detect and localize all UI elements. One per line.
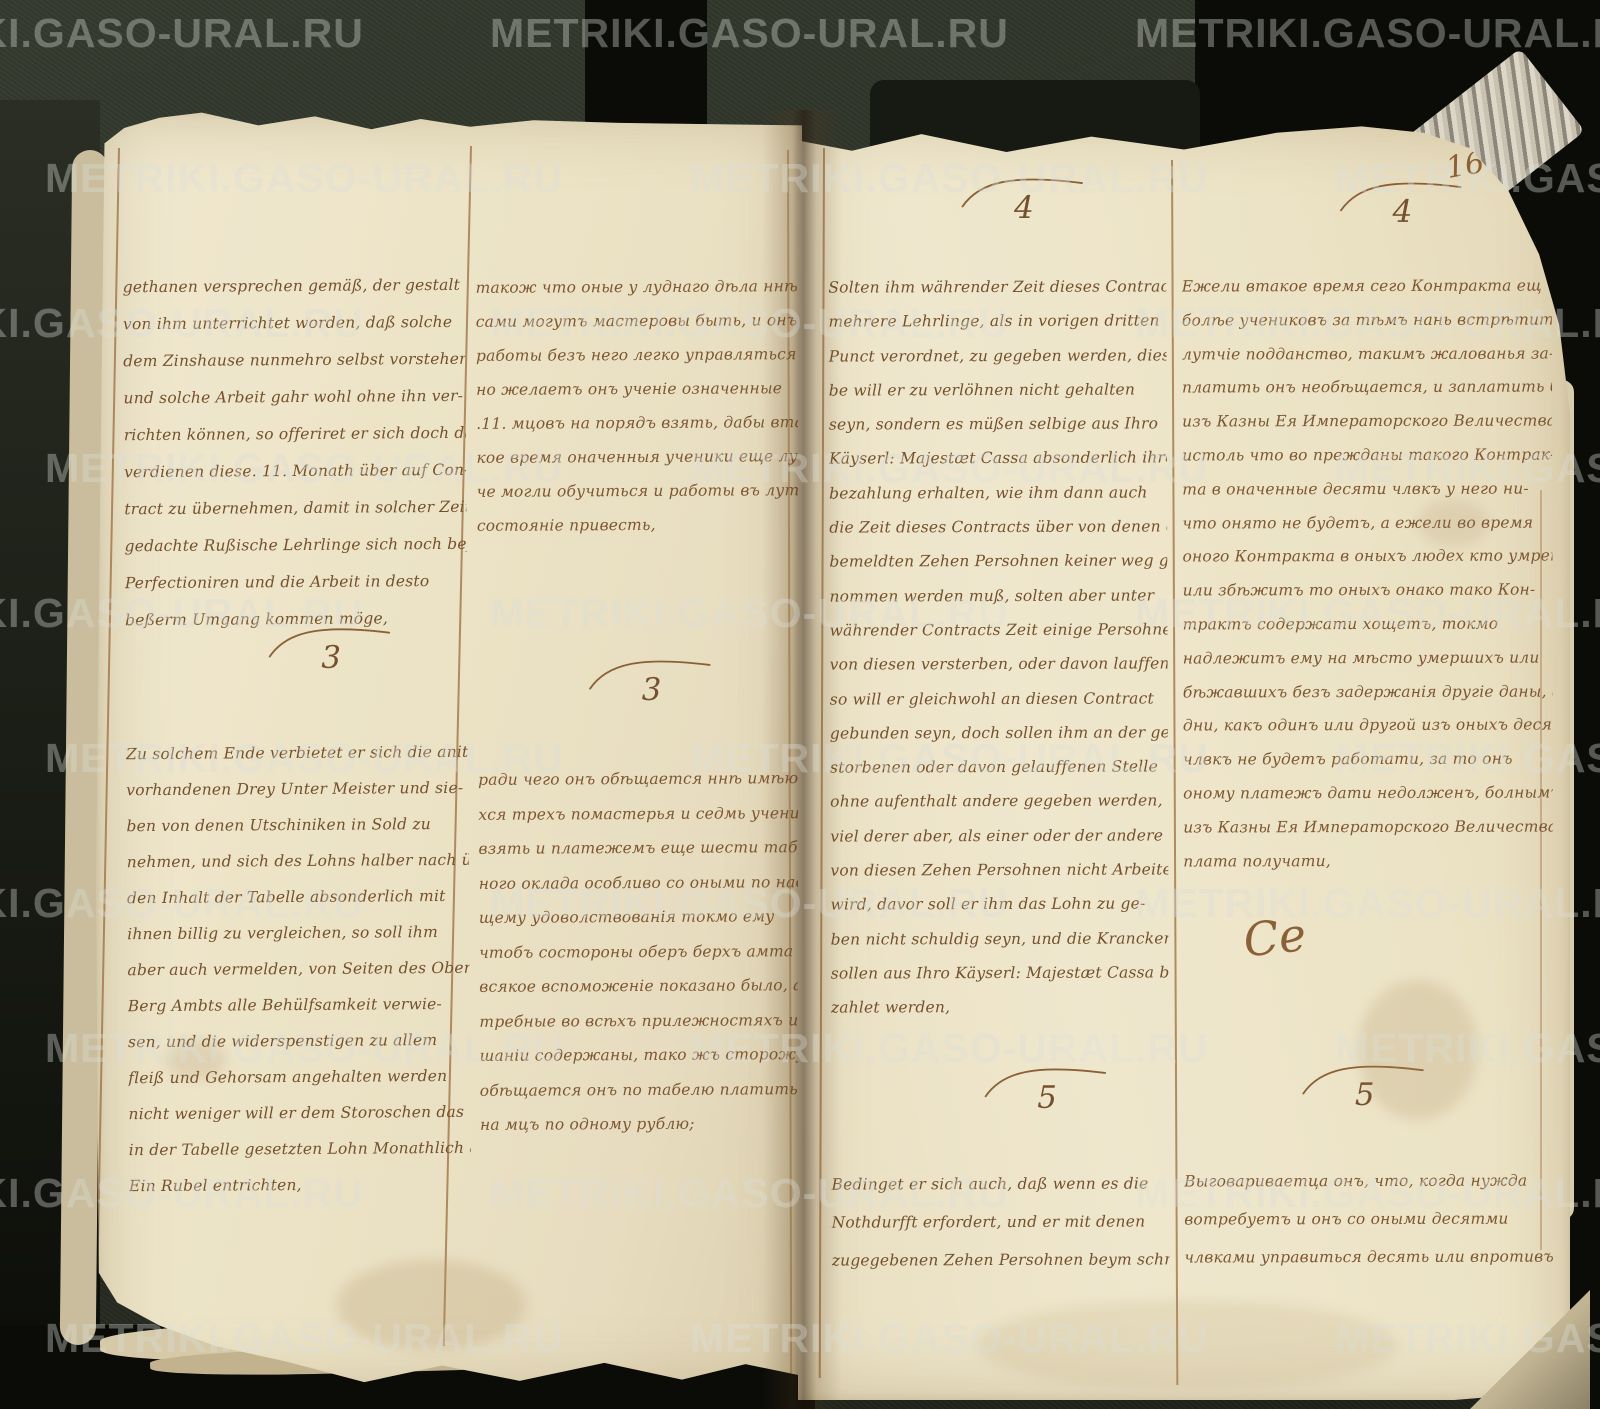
manuscript-line: storbenen oder davon gelauffenen Stelle [830,750,1168,785]
paper-stain [166,1040,226,1080]
manuscript-line: zugegebenen Zehen Persohnen beym schmie- [832,1240,1170,1279]
manuscript-line: Nothdurfft erfordert, und er mit denen [832,1202,1170,1241]
manuscript-line: so will er gleichwohl an diesen Contract [830,681,1168,716]
manuscript-line: також что оные у луднаго дѣла ннѣ [475,269,797,305]
paragraph-german-4: Solten ihm währender Zeit dieses Contrac… [828,269,1169,1025]
paragraph-russian-2: також что оные у луднаго дѣла ннѣсами мо… [475,269,798,543]
manuscript-line: хся трехъ помастерья и седмь учениковъ [478,796,800,832]
manuscript-line: кое время оначенныя ученики еще лут- [476,439,798,475]
manuscript-line: чтобъ состороны оберъ берхъ амта [479,934,801,970]
paragraph-russian-4: Ежели втакое время сего Контракта ещболѣ… [1182,270,1554,879]
manuscript-line: tract zu übernehmen, damit in solcher Ze… [124,489,466,528]
manuscript-line: Ежели втакое время сего Контракта ещ [1182,270,1552,305]
manuscript-line: Bedinget er sich auch, daß wenn es die [831,1164,1169,1203]
right-page-russian-column: 4 Ежели втакое время сего Контракта ещбо… [1181,120,1554,1401]
manuscript-line: шаніи содержаны, тако жъ сторожу [479,1037,801,1073]
manuscript-line: bemeldten Zehen Persohnen keiner weg ge- [829,544,1167,579]
manuscript-line: сами могутъ мастеровы быть, и онъ [476,303,798,339]
paper-stain [1358,980,1478,1120]
manuscript-line: Berg Ambts alle Behülfsamkeit verwie- [128,986,470,1024]
right-page: 16 4 Solten ihm währender Zeit dieses Co… [798,120,1570,1400]
manuscript-line: вотребуетъ и онъ со оными десятми [1184,1200,1554,1239]
paragraph-ornament: Се [1241,907,1309,967]
manuscript-line: richten können, so offeriret er sich doc… [124,415,466,454]
section-number: 4 [1393,194,1413,230]
manuscript-line: платить онъ необѣщается, и заплатить бы [1182,371,1552,406]
paper-stain [978,1300,1398,1390]
section-number: 3 [321,640,341,676]
manuscript-line: состояніе привесть, [477,507,799,543]
manuscript-line: Perfectioniren und die Arbeit in desto [125,563,467,602]
section-number: 5 [1037,1080,1057,1116]
manuscript-line: Punct verordnet, zu gegeben werden, dies… [829,338,1167,373]
manuscript-line: dem Zinshause nunmehro selbst vorstehen [123,341,465,380]
manuscript-line: gedachte Rußische Lehrlinge sich noch be… [124,526,466,565]
left-page-german-column: gethanen versprechen gemäß, der gestaltv… [122,109,473,1396]
manuscript-line: че могли обучиться и работы въ лутчее [477,473,799,509]
paragraph-german-2: gethanen versprechen gemäß, der gestaltv… [123,267,468,639]
paragraph-german-3: Zu solchem Ende verbietet er sich die an… [126,734,471,1204]
manuscript-line: Ein Rubel entrichten, [129,1166,471,1204]
left-page-russian-column: також что оные у луднаго дѣла ннѣсами мо… [475,109,804,1396]
manuscript-line: ben nicht schuldig seyn, und die Krancke… [831,921,1169,956]
manuscript-line: Solten ihm währender Zeit dieses Contrac… [828,269,1166,304]
manuscript-line: vorhandenen Drey Unter Meister und sie- [126,770,468,808]
manuscript-line: den Inhalt der Tabelle absonderlich mit [127,878,469,916]
manuscript-line: плата получати, [1183,844,1553,879]
paragraph-russian-5: Выговариваетца онъ, что, когда нуждавотр… [1184,1162,1554,1277]
paper-stain [336,1260,526,1350]
manuscript-line: ben von denen Utschiniken in Sold zu [126,806,468,844]
watermark-text: METRIKI.GASO-URAL.RU [0,10,364,57]
paper-stain [1418,500,1488,546]
manuscript-line: seyn, sondern es müßen selbige aus Ihro [829,407,1167,442]
manuscript-line: болѣе учениковъ за тѣмъ нань встрѣтит [1182,303,1552,338]
manuscript-line: изъ Казны Ея Императорского Величества [1183,810,1553,845]
ruled-column-divider [1171,160,1178,1385]
manuscript-line: члвками управиться десять или впротивъ [1184,1238,1554,1277]
manuscript-line: be will er zu verlöhnen nicht gehalten [829,372,1167,407]
manuscript-line: mehrere Lehrlinge, als in vorigen dritte… [828,304,1166,339]
manuscript-line: ihnen billig zu vergleichen, so soll ihm [127,914,469,952]
manuscript-line: Выговариваетца онъ, что, когда нужда [1184,1162,1554,1201]
book-gutter-shadow [762,110,842,1409]
manuscript-line: Zu solchem Ende verbietet er sich die an… [126,734,468,772]
manuscript-line: но желаетъ онъ ученіе означенные [476,371,798,407]
manuscript-line: von diesen versterben, oder davon lauffe… [830,647,1168,682]
manuscript-line: оного Контракта в оныхъ людех кто умретъ [1182,540,1552,575]
manuscript-line: gethanen versprechen gemäß, der gestalt [123,267,465,306]
manuscript-line: на мцъ по одному рублю; [480,1106,802,1142]
manuscript-line: ради чего онъ обѣщается ннѣ имѣющи- [478,761,800,797]
manuscript-line: работы безъ него легко управляться оне [476,337,798,373]
paragraph-german-5: Bedinget er sich auch, daß wenn es dieNo… [831,1164,1169,1279]
manuscript-line: gebunden seyn, doch sollen ihm an der ge… [830,715,1168,750]
watermark-text: METRIKI.GASO-URAL.RU [490,10,1009,57]
manuscript-line: Käyserl: Majestæt Cassa absonderlich ihr… [829,441,1167,476]
manuscript-line: дни, какъ одинъ или другой изъ оныхъ дес… [1183,709,1553,744]
manuscript-line: та в оначенные десяти члвкъ у него ни- [1182,472,1552,507]
manuscript-line: sollen aus Ihro Käyserl: Majestæt Cassa … [831,955,1169,990]
manuscript-line: verdienen diese. 11. Monath über auf Con… [124,452,466,491]
manuscript-line: währender Contracts Zeit einige Persohne… [829,612,1167,647]
manuscript-line: требные во всѣхъ прилежностяхъ и послу- [479,1003,801,1039]
manuscript-line: члвкъ не будетъ работати, за то онъ [1183,743,1553,778]
manuscript-line: aber auch vermelden, von Seiten des Ober [127,950,469,988]
manuscript-line: .11. мцовъ на порядъ взять, дабы вта- [476,405,798,441]
manuscript-line: die Zeit dieses Contracts über von denen… [829,509,1167,544]
manuscript-line: трактъ содержати хощетъ, токмо [1183,607,1553,642]
section-heading-3: 3 [245,617,426,696]
manuscript-line: бѣжавшихъ безъ задержанія другіе даны, а… [1183,675,1553,710]
manuscript-line: in der Tabelle gesetzten Lohn Monathlich… [129,1130,471,1168]
manuscript-line: что онято не будетъ, а ежели во время [1182,506,1552,541]
section-number: 4 [1014,190,1034,226]
paragraph-russian-3: ради чего онъ обѣщается ннѣ имѣющи-хся т… [478,761,802,1142]
manuscript-line: und solche Arbeit gahr wohl ohne ihn ver… [123,378,465,417]
section-heading-4: 4 [938,168,1118,247]
section-number: 3 [642,672,662,708]
right-page-german-column: 4 Solten ihm währender Zeit dieses Contr… [828,119,1170,1400]
manuscript-line: обѣщается онъ по табелю платить [480,1072,802,1108]
section-heading-3-ru: 3 [565,649,745,728]
manuscript-line: ного оклада особливо со оными по настоя- [479,865,801,901]
manuscript-line: взять и платежемъ еще шести табел- [478,830,800,866]
manuscript-line: или збѣжитъ то оныхъ онако тако Кон- [1183,574,1553,609]
manuscript-line: von ihm unterrichtet worden, daß solche [123,304,465,343]
manuscript-line: всякое вспоможеніе показано было, а непо… [479,968,801,1004]
section-heading-4-ru: 4 [1316,172,1496,250]
manuscript-line: оному платежъ дати недолженъ, болнымъ же [1183,776,1553,811]
manuscript-line: надлежитъ ему на мѣсто умершихъ или [1183,641,1553,676]
manuscript-line: nicht weniger will er dem Storoschen das [128,1094,470,1132]
section-heading-5: 5 [961,1058,1141,1137]
manuscript-line: viel derer aber, als einer oder der ande… [830,818,1168,853]
manuscript-line: wird, davor soll er ihm das Lohn zu ge- [830,887,1168,922]
left-page: gethanen versprechen gemäß, der gestaltv… [96,110,802,1395]
manuscript-line: nommen werden muß, solten aber unter [829,578,1167,613]
manuscript-line: von diesen Zehen Persohnen nicht Arbeite… [830,852,1168,887]
manuscript-scan: gethanen versprechen gemäß, der gestaltv… [0,0,1600,1409]
manuscript-line: истоль что во прежданы такого Контрак- [1182,439,1552,474]
manuscript-line: nehmen, und sich des Lohns halber nach ü… [127,842,469,880]
manuscript-line: ohne aufenthalt andere gegeben werden, s… [830,784,1168,819]
manuscript-line: изъ Казны Ея Императорского Величества [1182,405,1552,440]
manuscript-line: zahlet werden, [831,990,1169,1025]
manuscript-line: лутчіе подданство, такимъ жалованья за- [1182,337,1552,372]
manuscript-line: bezahlung erhalten, wie ihm dann auch [829,475,1167,510]
manuscript-line: щему удоволствованія токмо ему [479,899,801,935]
